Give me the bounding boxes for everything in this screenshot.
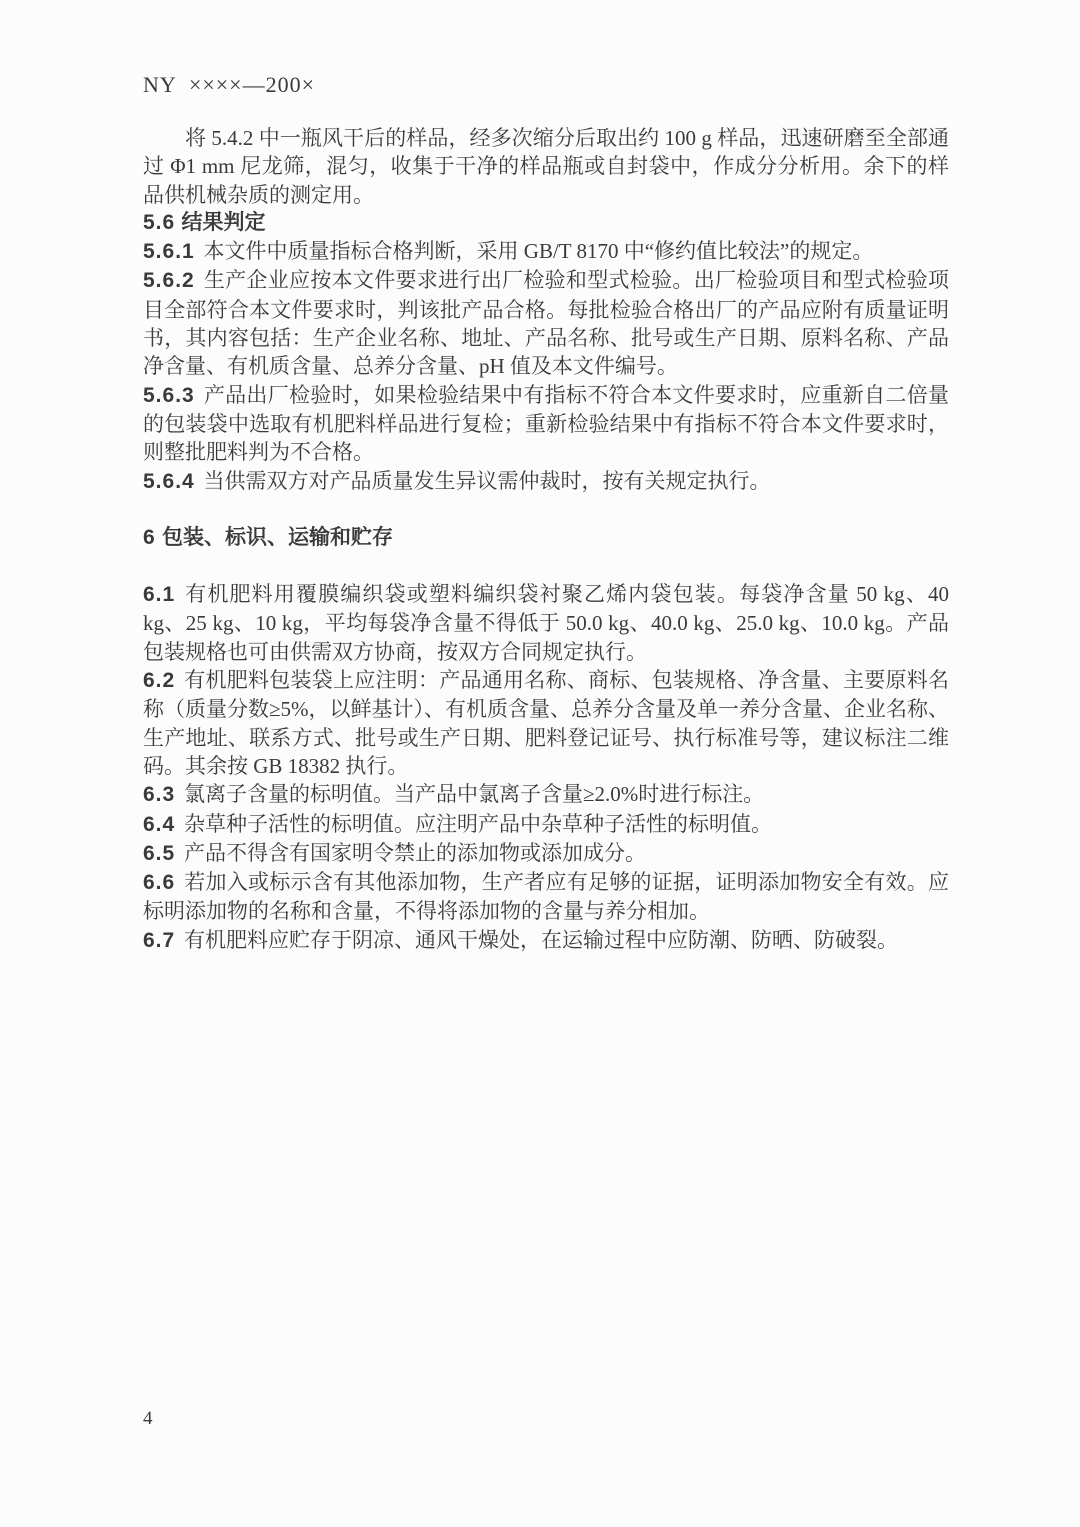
- clause-number-6-6: 6.6: [143, 871, 175, 894]
- clause-6-6: 6.6若加入或标示含有其他添加物，生产者应有足够的证据，证明添加物安全有效。应标…: [143, 868, 949, 926]
- clause-5-6-4: 5.6.4当供需双方对产品质量发生异议需仲裁时，按有关规定执行。: [143, 467, 949, 496]
- clause-5-6-3-text: 产品出厂检验时，如果检验结果中有指标不符合本文件要求时，应重新自二倍量的包装袋中…: [143, 383, 949, 465]
- clause-6-5-text: 产品不得含有国家明令禁止的添加物或添加成分。: [184, 841, 646, 865]
- clause-heading-5-6-title: 结果判定: [182, 211, 266, 234]
- clause-number-5-6-3: 5.6.3: [143, 384, 195, 407]
- clause-6-5: 6.5产品不得含有国家明令禁止的添加物或添加成分。: [143, 839, 949, 868]
- clause-number-5-6-1: 5.6.1: [143, 240, 195, 263]
- clause-6-2-text: 有机肥料包装袋上应注明：产品通用名称、商标、包装规格、净含量、主要原料名称（质量…: [143, 668, 949, 778]
- clause-number-5-6-4: 5.6.4: [143, 470, 195, 493]
- chapter-heading-6-title: 包装、标识、运输和贮存: [162, 526, 393, 549]
- clause-number-6-7: 6.7: [143, 929, 175, 952]
- clause-6-7: 6.7有机肥料应贮存于阴凉、通风干燥处，在运输过程中应防潮、防晒、防破裂。: [143, 926, 949, 955]
- clause-number-5-6-2: 5.6.2: [143, 269, 195, 292]
- chapter-heading-6: 6包装、标识、运输和贮存: [143, 524, 949, 552]
- clause-5-6-3: 5.6.3产品出厂检验时，如果检验结果中有指标不符合本文件要求时，应重新自二倍量…: [143, 381, 949, 467]
- document-body: 将 5.4.2 中一瓶风干后的样品，经多次缩分后取出约 100 g 样品，迅速研…: [143, 124, 949, 955]
- clause-number-6-5: 6.5: [143, 842, 175, 865]
- clause-number-5-6: 5.6: [143, 211, 175, 234]
- clause-number-6-2: 6.2: [143, 669, 175, 692]
- standard-document-page: NY ××××—200× 将 5.4.2 中一瓶风干后的样品，经多次缩分后取出约…: [0, 0, 1080, 1527]
- clause-6-1-text: 有机肥料用覆膜编织袋或塑料编织袋衬聚乙烯内袋包装。每袋净含量 50 kg、40 …: [143, 582, 949, 664]
- clause-5-6-2: 5.6.2生产企业应按本文件要求进行出厂检验和型式检验。出厂检验项目和型式检验项…: [143, 266, 949, 380]
- clause-6-1: 6.1有机肥料用覆膜编织袋或塑料编织袋衬聚乙烯内袋包装。每袋净含量 50 kg、…: [143, 580, 949, 666]
- clause-5-6-4-text: 当供需双方对产品质量发生异议需仲裁时，按有关规定执行。: [204, 469, 771, 493]
- clause-heading-5-6: 5.6结果判定: [143, 209, 949, 237]
- clause-number-6-3: 6.3: [143, 783, 175, 806]
- chapter-number-6: 6: [143, 526, 156, 549]
- clause-5-6-2-text: 生产企业应按本文件要求进行出厂检验和型式检验。出厂检验项目和型式检验项目全部符合…: [143, 268, 949, 378]
- page-number: 4: [143, 1408, 153, 1430]
- clause-6-4-text: 杂草种子活性的标明值。应注明产品中杂草种子活性的标明值。: [184, 812, 772, 836]
- clause-6-3: 6.3氯离子含量的标明值。当产品中氯离子含量≥2.0%时进行标注。: [143, 780, 949, 809]
- clause-6-7-text: 有机肥料应贮存于阴凉、通风干燥处，在运输过程中应防潮、防晒、防破裂。: [184, 928, 898, 952]
- clause-5-6-1-text: 本文件中质量指标合格判断，采用 GB/T 8170 中“修约值比较法”的规定。: [204, 239, 874, 263]
- intro-paragraph: 将 5.4.2 中一瓶风干后的样品，经多次缩分后取出约 100 g 样品，迅速研…: [143, 124, 949, 209]
- clause-5-6-1: 5.6.1本文件中质量指标合格判断，采用 GB/T 8170 中“修约值比较法”…: [143, 237, 949, 266]
- document-code-header: NY ××××—200×: [143, 72, 315, 98]
- clause-6-6-text: 若加入或标示含有其他添加物，生产者应有足够的证据，证明添加物安全有效。应标明添加…: [143, 870, 949, 923]
- clause-6-4: 6.4杂草种子活性的标明值。应注明产品中杂草种子活性的标明值。: [143, 810, 949, 839]
- clause-number-6-1: 6.1: [143, 583, 175, 606]
- clause-6-2: 6.2有机肥料包装袋上应注明：产品通用名称、商标、包装规格、净含量、主要原料名称…: [143, 666, 949, 780]
- clause-6-3-text: 氯离子含量的标明值。当产品中氯离子含量≥2.0%时进行标注。: [184, 782, 764, 806]
- clause-number-6-4: 6.4: [143, 813, 175, 836]
